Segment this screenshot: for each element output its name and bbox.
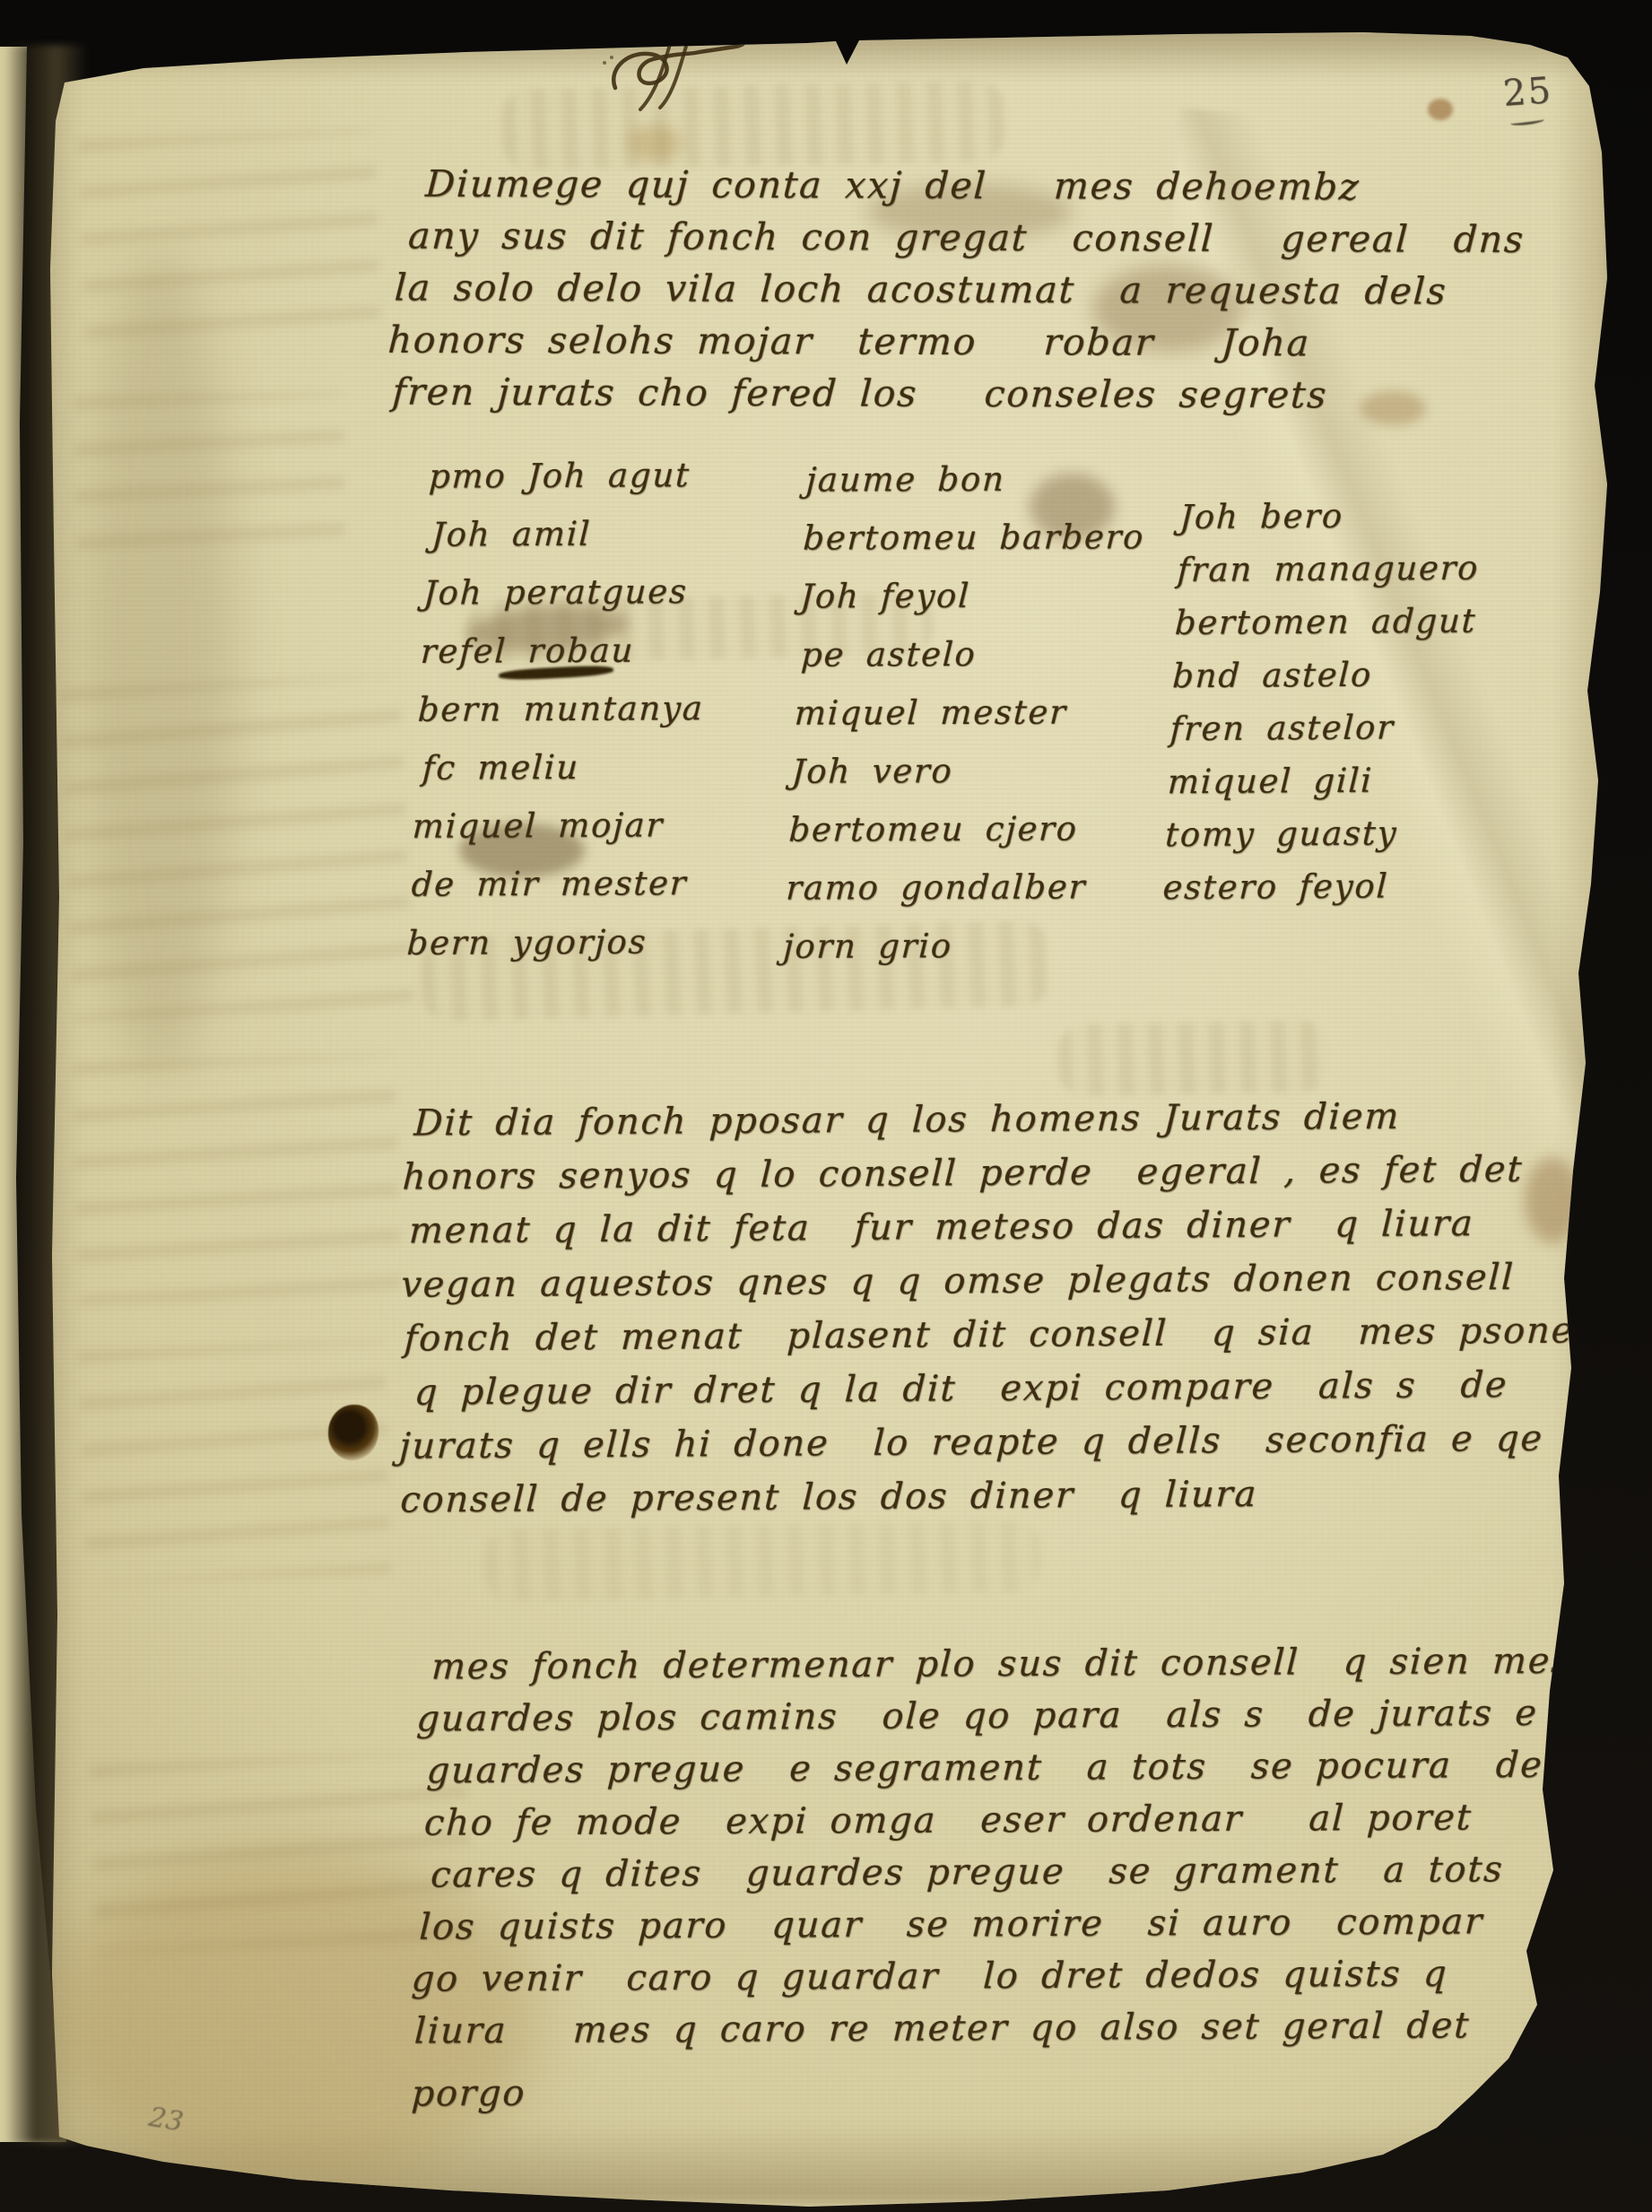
manuscript-line: Diumege quj conta xxj del mes dehoembz — [424, 158, 1529, 213]
second-paragraph: Dit dia fonch pposar q los homens Jurats… — [396, 1088, 1605, 1527]
top-edge-shade — [0, 27, 1652, 81]
manuscript-line: guardes pregue e segrament a tots se poc… — [425, 1738, 1652, 1797]
manuscript-line: liura mes q caro re meter qo also set ge… — [413, 1999, 1643, 2057]
ink-blot — [328, 1405, 378, 1460]
councillor-name: jaume bon — [804, 449, 1149, 509]
manuscript-page: 25 Diumege quj conta xxj del mes dehoemb… — [0, 0, 1652, 2212]
stain — [628, 126, 682, 161]
manuscript-line: mes fonch determenar plo sus dit consell… — [430, 1634, 1652, 1693]
folio-underline — [1510, 117, 1545, 127]
councillor-name: miquel mojar — [411, 796, 700, 856]
manuscript-line: jurats q ells hi done lo reapte q dells … — [398, 1411, 1591, 1473]
stain — [83, 251, 235, 1076]
councillor-name: bern muntanya — [416, 679, 705, 739]
councillor-name: Joh vero — [790, 741, 1135, 800]
councillor-name: pmo Joh agut — [428, 446, 717, 506]
manuscript-line: go venir caro q guardar lo dret dedos qu… — [410, 1946, 1645, 2005]
manuscript-line: vegan aquestos qnes q q omse plegats don… — [400, 1250, 1598, 1311]
manuscript-line: any sus dit fonch con gregat consell ger… — [407, 210, 1526, 266]
councillor-name: Joh bero — [1178, 489, 1482, 544]
third-paragraph: mes fonch determenar plo sus dit consell… — [410, 1634, 1652, 2120]
manuscript-line: honors senyos q lo consell perde egeral … — [401, 1142, 1603, 1204]
councillor-name: fran managuero — [1176, 542, 1480, 597]
names-column-3: Joh bero fran managuero bertomen adgut b… — [1161, 489, 1482, 915]
manuscript-line: cho fe mode expi omga eser ordenar al po… — [423, 1790, 1652, 1849]
manuscript-line: la solo delo vila loch acostumat a reque… — [393, 262, 1523, 318]
councillor-name: tomy guasty — [1164, 806, 1468, 861]
show-through-writing — [483, 1520, 1040, 1602]
show-through-writing — [79, 1340, 392, 1584]
show-through-writing — [74, 392, 345, 567]
show-through-writing — [73, 1054, 402, 1304]
councillor-name: bertomeu barbero — [802, 508, 1146, 567]
councillor-name: de mir mester — [410, 854, 697, 914]
councillor-name: bnd astelo — [1171, 648, 1475, 702]
councillor-name: pe astelo — [800, 624, 1141, 684]
opening-paragraph: Diumege quj conta xxj del mes dehoembz a… — [413, 158, 1529, 422]
show-through-writing — [79, 129, 383, 363]
folio-number: 25 — [1501, 70, 1553, 115]
councillor-name: fren astelor — [1169, 701, 1473, 755]
manuscript-line: los quists paro quar se morire si auro c… — [418, 1894, 1648, 1953]
manuscript-line: fren jurats cho fered los conseles segre… — [391, 366, 1517, 422]
bottom-edge-shade — [0, 2122, 1652, 2203]
councillor-name: fc meliu — [421, 737, 702, 797]
councillor-name: ramo gondalber — [785, 858, 1129, 917]
manuscript-photo: 25 Diumege quj conta xxj del mes dehoemb… — [0, 0, 1652, 2212]
manuscript-line: q plegue dir dret q la dit expi compare … — [413, 1357, 1594, 1419]
scribal-paraph-icon — [599, 25, 761, 115]
councillor-name: bern ygorjos — [405, 912, 694, 972]
manuscript-line: consell de present los dos diner q liura — [399, 1465, 1588, 1527]
manuscript-line: menat q la dit feta fur meteso das diner… — [408, 1196, 1601, 1258]
councillor-name: bertomeu cjero — [787, 799, 1132, 858]
councillor-name: Joh amil — [430, 504, 714, 564]
councillor-name: Joh peratgues — [422, 562, 711, 623]
councillor-name: jorn grio — [782, 916, 1126, 975]
councillor-name: miquel mester — [793, 683, 1137, 742]
manuscript-line: guardes plos camins ole qo para als s de… — [415, 1686, 1652, 1745]
stain — [1428, 99, 1453, 120]
pencil-foliation: 23 — [146, 2102, 186, 2138]
councillor-name: miquel gili — [1167, 753, 1471, 808]
manuscript-line: cares q dites guardes pregue se grament … — [430, 1842, 1650, 1901]
show-through-writing — [90, 1752, 473, 1954]
show-through-writing — [59, 675, 414, 1021]
names-column-1: pmo Joh agut Joh amil Joh peratgues refe… — [405, 446, 716, 972]
names-column-2: jaume bon bertomeu barbero Joh feyol pe … — [782, 449, 1149, 975]
manuscript-line: honors selohs mojar termo robar Joha — [387, 314, 1520, 370]
councillor-name: Joh feyol — [799, 566, 1143, 625]
councillor-name: bertomen adgut — [1174, 595, 1478, 649]
manuscript-line: fonch det menat plasent dit consell q si… — [403, 1303, 1595, 1365]
manuscript-line: porgo — [410, 2061, 1639, 2120]
councillor-name: estero feyol — [1161, 859, 1465, 914]
manuscript-line: Dit dia fonch pposar q los homens Jurats… — [413, 1088, 1605, 1150]
